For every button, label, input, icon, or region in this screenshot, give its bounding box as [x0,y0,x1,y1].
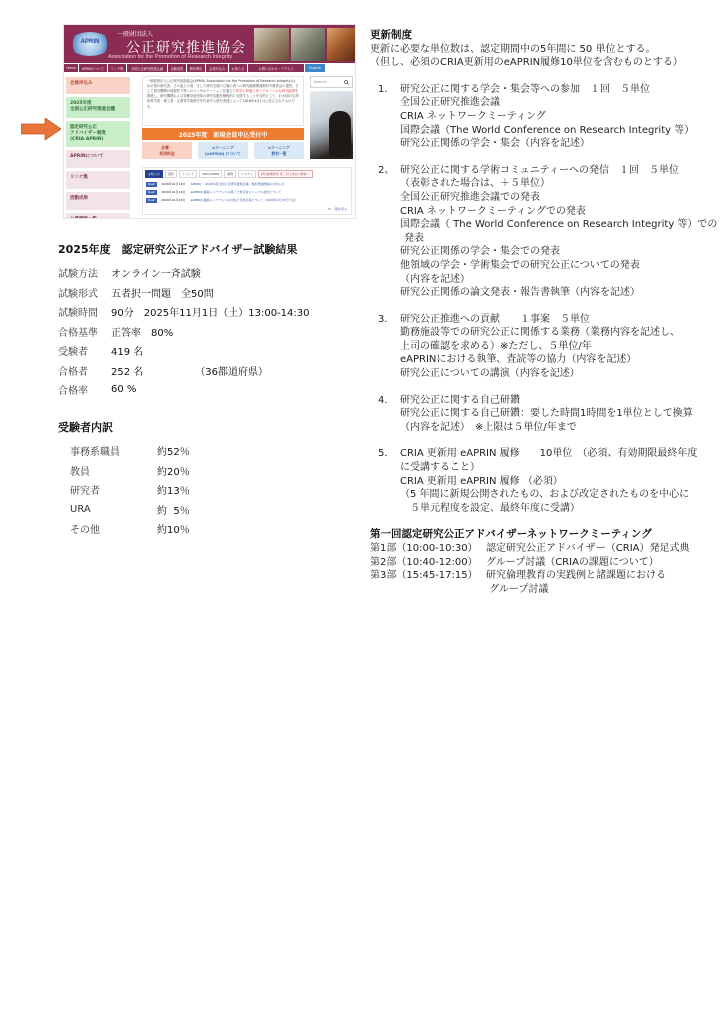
news-date: 2026年01月16日 [161,190,185,194]
breakdown-key: その他 [70,521,157,536]
exam-value: 五者択一問題 全50問 [111,285,214,300]
news-tab-notice[interactable]: お知らせ [145,170,163,178]
news-tab-ethics[interactable]: 研究倫理教育 第三回全体会の開催へ [258,170,313,178]
more-link[interactable]: ≫ 一覧を見る [328,207,347,211]
breakdown-value: 約13％ [157,482,190,497]
breakdown-value: 約20％ [157,463,190,478]
left-nav-cria[interactable]: 認定研究公正 アドバイザー制度 (CRIA-APRIN) [66,121,130,148]
item-line: CRIA ネットワークミーティングでの発表 [378,205,720,219]
search-input[interactable]: Search... [310,76,353,88]
header-photo-microscope [327,28,355,61]
nav-home[interactable]: Home [64,64,78,72]
nav-membership[interactable]: 会員申込み [206,64,228,72]
news-item[interactable]: New! 2026年01月16日 [APRIN] 「2026年度全国公正研究推進… [143,180,351,188]
search-placeholder: Search... [314,80,329,84]
breakdown-row: 研究者約13％ [58,480,258,500]
news-tab-event[interactable]: イベント [179,170,197,178]
meeting-part: 第3部（15:45-17:15） [370,569,486,583]
exam-row: 試験方法オンライン一斉試験 [58,263,358,283]
breakdown-row: URA約 5％ [58,500,258,520]
header-photo-lab [291,28,325,61]
breakdown-row: 事務系職員約52％ [58,441,258,461]
breakdown-key: 研究者 [70,482,157,497]
exam-row: 試験形式五者択一問題 全50問 [58,283,358,303]
membership-banner[interactable]: 2025年度 新規会員申込受付中 [142,128,304,140]
website-screenshot: APRIN 一般財団法人 公正研究推進協会 Association for th… [63,24,356,219]
meeting-desc: 認定研究公正アドバイザー（CRIA）発足式典 [486,542,690,556]
meeting-row: 第1部（10:00-10:30）認定研究公正アドバイザー（CRIA）発足式典 [370,542,720,556]
tile-line: [eAPRIN] について [205,151,241,157]
exam-value: 正答率 80% [111,324,173,339]
renewal-item-4: 4．研究公正に関する自己研鑽 研究公正に関する自己研鑽：要した時間1時間を1単位… [370,394,720,435]
exam-key: 受験者 [58,343,111,358]
exam-row: 合格基準正答率 80% [58,322,358,342]
nav-news[interactable]: お知らせ [229,64,247,72]
breakdown-key: URA [70,504,157,515]
tile-line: 利用料金 [159,151,174,157]
intro-text: 一般財団法人公正研究推進協会(APRIN, Association for th… [142,76,304,126]
tile-line: 教材一覧 [271,151,286,157]
exam-key: 合格者 [58,363,111,378]
renewal-item-3: 3．研究公正推進への貢献 １事案 ５単位 勤務施設等での研究公正に関係する業務（… [370,313,720,381]
item-head: CRIA 更新用 eAPRIN 履修 10単位 （必須、有効期限最終年度 [400,447,697,461]
exam-extra: （36都道府県） [195,363,268,378]
breakdown-value: 約 5％ [157,502,190,517]
site-header: APRIN 一般財団法人 公正研究推進協会 Association for th… [64,25,355,63]
news-tabs: お知らせ 更新 イベント CRIA-APRIN 事務 システム 研究倫理教育 第… [143,168,351,180]
item-number: 4． [378,394,400,408]
exam-row: 試験時間90分 2025年11月1日（土）13:00-14:30 [58,302,358,322]
intro-highlight: 科学の発展に伴うグローバルな研究倫理 [236,89,295,93]
breakdown-key: 教員 [70,463,157,478]
logo-text: APRIN [70,39,110,45]
news-tab-cria[interactable]: CRIA-APRIN [199,170,222,178]
exam-row: 受験者419 名 [58,341,358,361]
exam-value: 252 名 [111,363,143,378]
item-line: 研究公正関係の学会・集会（内容を記述） [378,137,720,151]
tile-eaprin-list[interactable]: eラーニング 教材一覧 [254,142,304,159]
header-photo-books [254,28,289,61]
item-line: 全国公正研究推進会議 [378,96,720,110]
item-line: 他領域の学会・学術集会での研究公正についての発表 [378,259,720,273]
left-nav: 会員申込み 2025年度 全国公正研究推進会議 認定研究公正 アドバイザー制度 … [66,77,130,219]
item-line: 研究公正についての講演（内容を記述） [378,367,720,381]
meeting-part: 第1部（10:00-10:30） [370,542,486,556]
left-nav-about[interactable]: APRINについて [66,150,130,168]
news-date: 2026年01月16日 [161,182,185,186]
item-line: ５単元程度を設定、最終年度に受講） [378,502,720,516]
nav-links[interactable]: リンク集 [108,64,126,72]
item-line: （5 年間に新規公開されたもの、および改定されたものを中心に [378,488,720,502]
news-tab-system[interactable]: システム [238,170,256,178]
exam-row: 合格率60 % [58,380,358,400]
new-badge: New! [146,198,157,203]
breakdown-row: その他約10％ [58,519,258,539]
exam-key: 試験時間 [58,304,111,319]
new-badge: New! [146,182,157,187]
exam-value: オンライン一斉試験 [111,265,201,280]
tile-eaprin-about[interactable]: eラーニング [eAPRIN] について [198,142,248,159]
meeting-desc: 研究倫理教育の実践例と諸課題における [486,569,666,583]
item-head: 研究公正推進への貢献 １事案 ５単位 [400,313,590,327]
renewal-line2: （但し、必須のCRIA更新用のeAPRIN履修10単位を含むものとする） [370,56,720,70]
item-line: CRIA 更新用 eAPRIN 履修 （必須） [378,475,720,489]
exam-title: 2025年度 認定研究公正アドバイザー試験結果 [58,241,358,257]
meeting-part [370,583,486,597]
item-number: 5． [378,447,400,461]
new-badge: New! [146,190,157,195]
item-line: 国際会議（The World Conference on Research In… [378,124,720,138]
exam-key: 試験方法 [58,265,111,280]
item-line: 全国公正研究推進会議での発表 [378,191,720,205]
meeting-title: 第一回認定研究公正アドバイザーネットワークミーティング [370,528,720,542]
news-link[interactable]: [eAPRIN] 臨時メンテナンスの内容と実施日程について（2026年1月15日… [190,198,298,202]
exam-results: 2025年度 認定研究公正アドバイザー試験結果 試験方法オンライン一斉試験 試験… [58,241,358,400]
renewal-item-1: 1．研究公正に関する学会・集会等への参加 １回 ５単位 全国公正研究推進会議 C… [370,83,720,151]
left-nav-links[interactable]: リンク集 [66,171,130,189]
news-item[interactable]: New! 2026年01月09日 [eAPRIN] 臨時メンテナンスの内容と実施… [143,196,351,204]
item-line: （表彰された場合は、＋５単位） [378,177,720,191]
item-line: 上司の確認を求める）※ただし、５単位/年 [378,340,720,354]
news-tab-update[interactable]: 更新 [165,170,177,178]
item-line: eAPRINにおける執筆、査読等の協力（内容を記述） [378,353,720,367]
exam-key: 合格率 [58,382,111,397]
left-nav-results[interactable]: 活動成果 [66,192,130,210]
news-link[interactable]: [eAPRIN] 臨時メンテナンスの終了と修正版マニュアル送付について [190,190,282,194]
item-line: 勤務施設等での研究公正に関係する業務（業務内容を記述し、 [378,326,720,340]
breakdown-key: 事務系職員 [70,443,157,458]
breakdown-value: 約10％ [157,521,190,536]
exam-key: 試験形式 [58,285,111,300]
renewal-title: 更新制度 [370,29,720,43]
meeting-row: グループ討議 [370,583,720,597]
item-head: 研究公正に関する自己研鑽 [400,394,520,408]
renewal-section: 更新制度 更新に必要な単位数は、認定期間中の5年間に 50 単位とする。 （但し… [370,29,720,596]
item-line: （内容を記述） [378,273,720,287]
exam-value: 90分 2025年11月1日（土）13:00-14:30 [111,304,310,319]
renewal-item-2: 2、研究公正に関する学術コミュニティーへの発信 １回 ５単位 （表彰された場合は… [370,164,720,300]
renewal-line1: 更新に必要な単位数は、認定期間中の5年間に 50 単位とする。 [370,43,720,57]
item-number: 1． [378,83,400,97]
left-nav-conference[interactable]: 2025年度 全国公正研究推進会議 [66,97,130,118]
news-panel: お知らせ 更新 イベント CRIA-APRIN 事務 システム 研究倫理教育 第… [142,167,352,215]
item-line: （内容を記述） ※上限は５単位/年まで [378,421,720,435]
nav-materials[interactable]: 教材利用 [187,64,205,72]
meeting-desc: グループ討議 [486,583,548,597]
item-number: 2、 [378,164,400,178]
news-tab-office[interactable]: 事務 [224,170,236,178]
item-line: に受講すること） [378,461,720,475]
item-line: 発表 [378,232,720,246]
meeting-part: 第2部（10:40-12:00） [370,556,486,570]
arrow-right-icon [21,118,61,140]
meeting-row: 第3部（15:45-17:15）研究倫理教育の実践例と諸課題における [370,569,720,583]
item-head: 研究公正に関する学術コミュニティーへの発信 １回 ５単位 [400,164,679,178]
exam-value: 60 % [111,384,136,395]
top-nav: Home APRINについて リンク集 全国公正研究推進会議 活動成果 教材利用… [64,64,355,72]
nav-conference[interactable]: 全国公正研究推進会議 [127,64,167,72]
examinee-breakdown: 受験者内訳 事務系職員約52％ 教員約20％ 研究者約13％ URA約 5％ そ… [58,419,258,539]
item-line: CRIA ネットワークミーティング [378,110,720,124]
nav-results[interactable]: 活動成果 [168,64,186,72]
left-nav-recruit[interactable]: 公募情報一覧 [66,213,130,219]
exam-key: 合格基準 [58,324,111,339]
item-line: 研究公正に関する自己研鑽：要した時間1時間を1単位として換算 [378,407,720,421]
meeting-row: 第2部（10:40-12:00）グループ討議（CRIAの課題について） [370,556,720,570]
breakdown-value: 約52％ [157,443,190,458]
exam-value: 419 名 [111,343,143,358]
breakdown-title: 受験者内訳 [58,419,258,435]
nav-contact[interactable]: お問い合わせ・アクセス [248,64,304,72]
item-number: 3． [378,313,400,327]
item-line: 国際会議（ The World Conference on Research I… [378,218,720,232]
news-date: 2026年01月09日 [161,198,185,202]
nav-about[interactable]: APRINについて [79,64,107,72]
item-line: 研究公正関係の学会・集会での発表 [378,245,720,259]
search-icon[interactable] [344,80,349,85]
meeting-desc: グループ討議（CRIAの課題について） [486,556,659,570]
renewal-item-5: 5．CRIA 更新用 eAPRIN 履修 10単位 （必須、有効期限最終年度 に… [370,447,720,515]
item-line: 研究公正関係の論文発表・報告書執筆（内容を記述） [378,286,720,300]
nav-english[interactable]: English [305,64,325,72]
side-photo-researcher [310,91,353,159]
org-name-en: Association for the Promotion of Researc… [108,54,232,60]
item-head: 研究公正に関する学会・集会等への参加 １回 ５単位 [400,83,650,97]
left-nav-membership[interactable]: 会員申込み [66,77,130,94]
news-link[interactable]: [APRIN] 「2026年度全国公正研究推進会議」参加登録開始のお知らせ [190,182,285,186]
news-item[interactable]: New! 2026年01月16日 [eAPRIN] 臨時メンテナンスの終了と修正… [143,188,351,196]
tile-fees[interactable]: 会費・ 利用料金 [142,142,192,159]
network-meeting: 第一回認定研究公正アドバイザーネットワークミーティング 第1部（10:00-10… [370,528,720,596]
exam-row: 合格者252 名（36都道府県） [58,361,358,381]
breakdown-row: 教員約20％ [58,461,258,481]
